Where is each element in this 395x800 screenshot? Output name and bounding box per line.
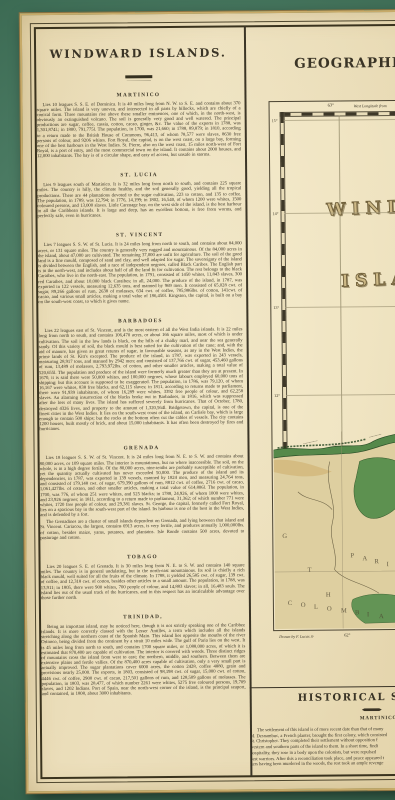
map-title-line1: WINDWARD [326,193,395,220]
page-title: WINDWARD ISLANDS. [36,45,240,61]
ornament-divider [362,708,382,711]
land-letter: M [341,607,347,614]
land-letter: G [282,533,287,540]
map: 63° West Longitude from 62° WINDWARD ISL… [269,99,395,631]
section-paragraph: Lies 22 leagues east of St. Vincent, and… [38,328,243,433]
longitude-label-bottom: 62° [344,632,350,637]
historical-sketch-section: HISTORICAL SKETCH MARTINICO. The settlem… [250,685,395,767]
section-paragraph: Being an important island, may be notice… [41,623,246,697]
section-heading: BARBADOES [38,318,242,326]
section-heading: ST. LUCIA [37,172,241,180]
historical-martinico-subheading: MARTINICO. [360,715,395,721]
land-letter: R [375,558,380,565]
land-letter: I [387,561,389,568]
land-letter: O [327,606,332,613]
latitude-label: 13° [273,305,279,310]
section-paragraph: The Grenadines are a cluster of small is… [40,519,244,541]
section-heading: MARTINICO [36,91,240,99]
land-letter: A [379,613,384,620]
map-border-ticks-top [280,110,395,117]
section-heading: ST. VINCENT [38,232,242,240]
section-paragraph: Lies 18 leagues S. S. W. of St. Vincent.… [40,455,245,519]
section-heading: TRINIDAD, [41,613,245,621]
longitude-label-top: 63° [328,103,334,108]
paria-peninsula [354,457,395,518]
engraver-credit: Drawn by F. Lucas Jr [279,634,314,639]
land-letter: T [308,567,312,574]
land-letter: C [288,600,292,607]
coastline-artwork: GTHPARICOLOMBIA [273,430,395,629]
latitude-label: 14° [272,211,278,216]
section-paragraph: Lies 9 leagues south of Martinico. It is… [37,182,241,220]
land-letter: I [367,611,369,618]
section-heading: TOBAGO [40,553,244,561]
section-paragraph: Lies 20 leagues S. E. of Grenada. It is … [41,563,245,601]
geographical-heading: GEOGRAPHICAL [294,55,395,72]
section-paragraph: Lies 7 leagues S. S. W. of St. Lucia. It… [38,242,243,306]
atlas-page: WINDWARD ISLANDS. MARTINICOLies 10 leagu… [20,9,395,793]
historical-text: The settlement of this island is of more… [250,725,395,767]
map-title-line2: ISLANDS [341,266,395,292]
land-letter: P [350,552,354,559]
historical-text-line: gers having been murdered in the woods, … [250,760,395,768]
latitude-label: 12° [274,393,280,398]
island-sections: MARTINICOLies 10 leagues S. S. E. of Dom… [36,91,245,697]
land-letter: A [362,555,367,562]
land-letter: H [326,592,331,599]
historical-sketch-heading: HISTORICAL SKETCH [298,691,395,703]
section-paragraph: Lies 10 leagues S. S. E. of Dominica. It… [37,101,241,159]
longitude-axis-label: West Longitude from [354,103,387,108]
text-column: WINDWARD ISLANDS. MARTINICOLies 10 leagu… [36,37,246,699]
photo-background: { "palette":{ "mat_green":"#4c7c64","pag… [0,0,395,800]
land-letter: L [314,604,318,611]
land-letter: B [355,609,360,616]
latitude-label: 15° [272,118,278,123]
section-heading: GRENADA [40,445,244,453]
land-letter: O [301,602,306,609]
section-rule [250,685,395,688]
title-divider-rule [125,75,152,78]
